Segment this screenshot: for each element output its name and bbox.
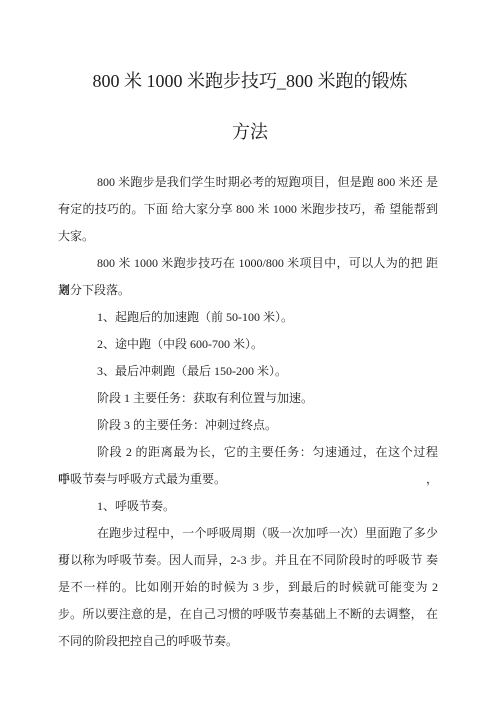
text-line: 2、途中跑（中段 600-700 米）。	[58, 331, 438, 358]
text-line: 不同的阶段把控自己的呼吸节奏。	[58, 628, 438, 655]
text-line: 1、呼吸节奏。	[58, 493, 438, 520]
text-line: 800 米跑步是我们学生时期必考的短跑项目，但是跑 800 米还 是有	[58, 169, 438, 196]
text-line: 大家。	[58, 223, 438, 250]
text-line: 3、最后冲刺跑（最后 150-200 米）。	[58, 358, 438, 385]
text-line: 1、起跑后的加速跑（前 50-100 米）。	[58, 304, 438, 331]
document-body: 800 米跑步是我们学生时期必考的短跑项目，但是跑 800 米还 是有 一定的技…	[58, 169, 438, 655]
document-page: 800 米 1000 米跑步技巧_800 米跑的锻炼 方法 800 米跑步是我们…	[0, 0, 500, 708]
text-line: 划分下段落。	[58, 277, 438, 304]
text-line: 在跑步过程中，一个呼吸周期（吸一次加呼一次）里面跑了多少步	[58, 520, 438, 547]
text-line: 阶段 1 主要任务：获取有利位置与加速。	[58, 385, 438, 412]
title-line-2: 方法	[0, 107, 500, 158]
text-line: 步。所以要注意的是，在自己习惯的呼吸节奏基础上不断的去调整， 在	[58, 601, 438, 628]
document-title: 800 米 1000 米跑步技巧_800 米跑的锻炼 方法	[0, 56, 500, 158]
text-line: 是不一样的。比如刚开始的时候为 3 步，到最后的时候就可能变为 2	[58, 574, 438, 601]
text-line: 可以称为呼吸节奏。因人而异，2-3 步。并且在不同阶段时的呼吸节 奏	[58, 547, 438, 574]
title-line-1: 800 米 1000 米跑步技巧_800 米跑的锻炼	[0, 56, 500, 107]
text-line: 800 米 1000 米跑步技巧在 1000/800 米项目中，可以人为的把 距…	[58, 250, 438, 277]
text-line: 阶段 2 的距离最为长，它的主要任务：匀速通过，在这个过程中，	[58, 439, 438, 466]
text-line: 阶段 3 的主要任务：冲刺过终点。	[58, 412, 438, 439]
text-line: 一定的技巧的。下面 给大家分享 800 米 1000 米跑步技巧，希 望能帮到	[58, 196, 438, 223]
